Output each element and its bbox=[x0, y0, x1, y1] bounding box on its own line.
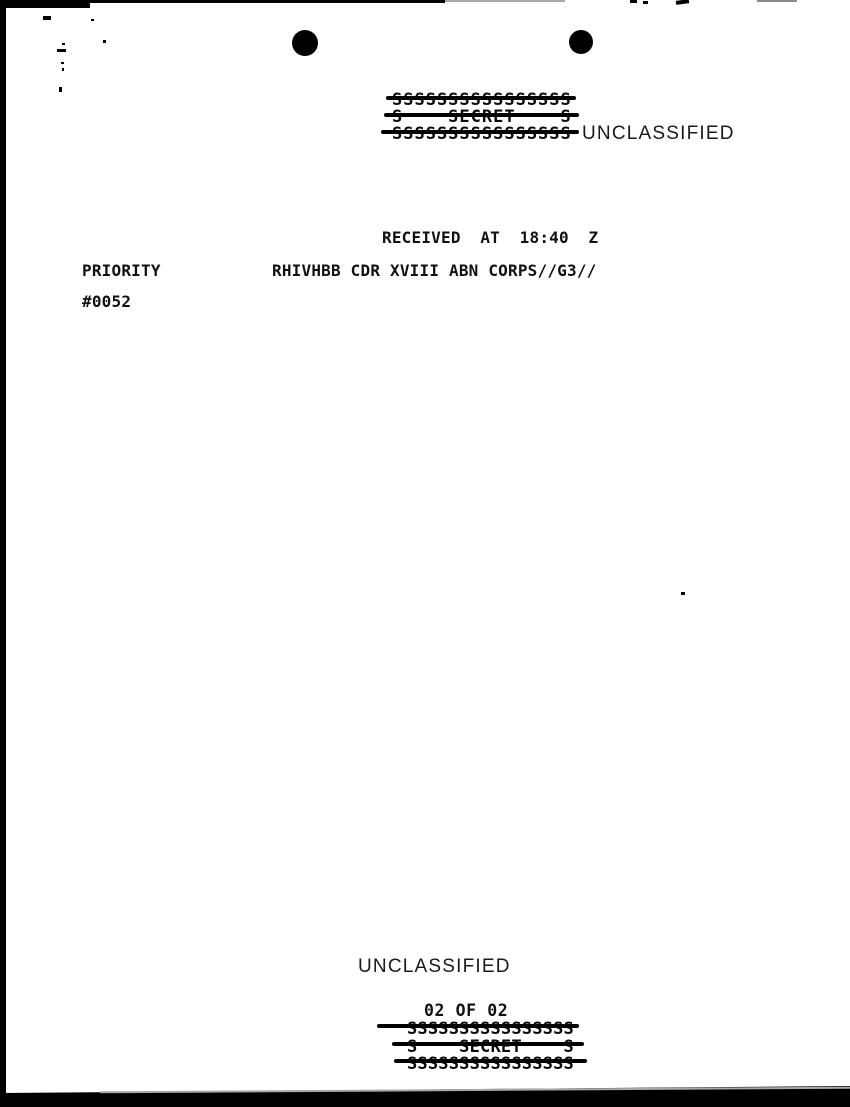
received-line: RECEIVED AT 18:40 Z bbox=[382, 230, 598, 246]
ink-speck bbox=[103, 40, 106, 43]
unclassified-stamp-top: UNCLASSIFIED bbox=[582, 124, 735, 143]
scan-bottom-bar bbox=[0, 1082, 850, 1107]
ink-speck bbox=[59, 87, 62, 92]
ink-speck bbox=[91, 19, 94, 21]
strike-line bbox=[392, 1042, 584, 1046]
ink-speck bbox=[757, 0, 797, 2]
scan-left-edge bbox=[0, 0, 6, 1107]
page-indicator: 02 OF 02 bbox=[424, 1003, 508, 1020]
strike-line bbox=[394, 1059, 587, 1063]
precedence-label: PRIORITY bbox=[82, 263, 161, 279]
classification-s-row-bottom: SSSSSSSSSSSSSSSS bbox=[392, 126, 572, 143]
ink-speck bbox=[676, 0, 689, 5]
message-number: #0052 bbox=[82, 294, 131, 310]
ink-speck bbox=[62, 43, 65, 45]
hole-punch-right bbox=[569, 30, 593, 54]
unclassified-stamp-bottom: UNCLASSIFIED bbox=[358, 957, 511, 976]
strike-line bbox=[381, 130, 579, 134]
ink-speck bbox=[681, 592, 685, 595]
ink-speck bbox=[630, 0, 637, 3]
scanned-message-page: SSSSSSSSSSSSSSSS S SECRET S SSSSSSSSSSSS… bbox=[0, 0, 850, 1107]
strike-line bbox=[386, 96, 576, 100]
hole-punch-left bbox=[292, 30, 318, 56]
scan-top-edge-fade bbox=[445, 0, 565, 2]
strike-line bbox=[377, 1024, 579, 1028]
ink-speck bbox=[62, 68, 64, 71]
originator-line: RHIVHBB CDR XVIII ABN CORPS//G3// bbox=[272, 263, 596, 279]
ink-speck bbox=[61, 62, 64, 64]
strike-line bbox=[384, 113, 579, 117]
ink-speck bbox=[43, 16, 51, 20]
scan-top-left-corner bbox=[0, 0, 90, 8]
ink-speck bbox=[57, 49, 66, 52]
ink-speck bbox=[643, 1, 648, 4]
